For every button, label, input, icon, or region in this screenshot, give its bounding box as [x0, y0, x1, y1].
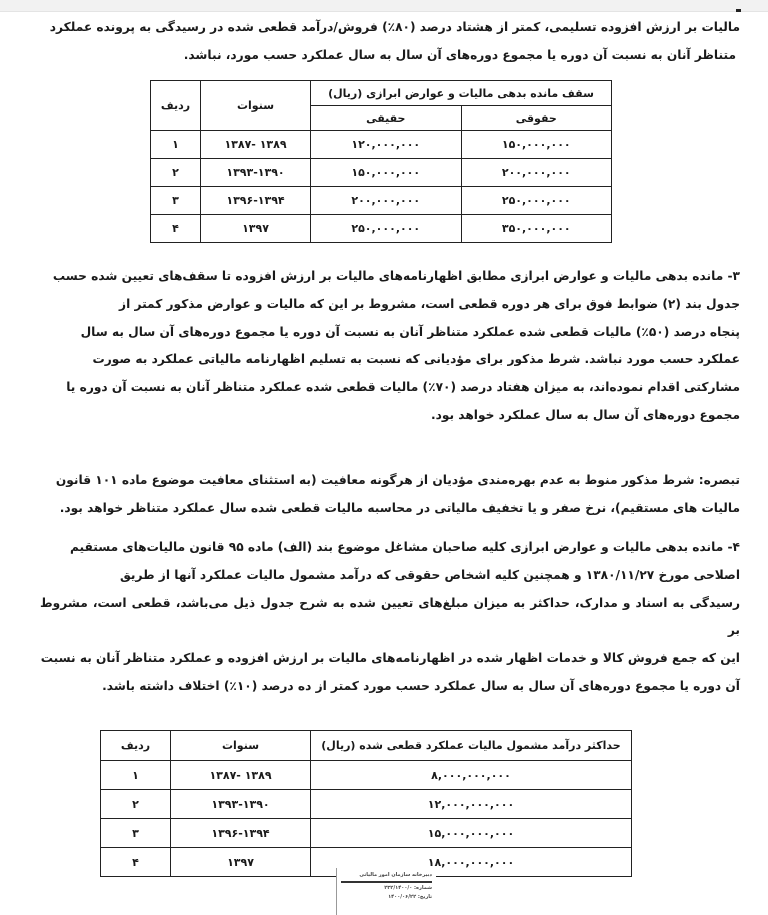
- cell-years: ۱۳۸۹ -۱۳۸۷: [201, 131, 311, 159]
- cell-row-number: ۲: [101, 790, 171, 819]
- table-header-row: حداکثر درآمد مشمول مالیات عملکرد قطعی شد…: [101, 731, 632, 761]
- text-line: پنجاه درصد (۵۰٪) مالیات قطعی شده عملکرد …: [40, 319, 740, 347]
- stamp-line: تاریخ: ۱۴۰۰/۰۶/۲۲: [341, 893, 432, 902]
- table-row: ۱۲,۰۰۰,۰۰۰,۰۰۰ ۱۳۹۳-۱۳۹۰ ۲: [101, 790, 632, 819]
- text-line: رسیدگی به اسناد و مدارک، حداکثر به میزان…: [40, 590, 740, 646]
- stamp-rule: [341, 881, 432, 883]
- header-row-number: ردیف: [151, 81, 201, 131]
- cell-years: ۱۳۹۶-۱۳۹۴: [171, 819, 311, 848]
- cell-legal: ۲۵۰,۰۰۰,۰۰۰: [461, 187, 611, 215]
- cell-row-number: ۱: [151, 131, 201, 159]
- text-line: مشارکتی اقدام نموده‌اند، به میزان هفتاد …: [40, 374, 740, 402]
- header-amount: حداکثر درآمد مشمول مالیات عملکرد قطعی شد…: [311, 731, 632, 761]
- cell-real: ۲۵۰,۰۰۰,۰۰۰: [311, 215, 462, 243]
- text-line: این که جمع فروش کالا و خدمات اظهار شده د…: [40, 645, 740, 673]
- cell-amount: ۸,۰۰۰,۰۰۰,۰۰۰: [311, 761, 632, 790]
- cell-amount: ۱۵,۰۰۰,۰۰۰,۰۰۰: [311, 819, 632, 848]
- section-4-paragraph: ۴- مانده بدهی مالیات و عوارض ابرازی کلیه…: [40, 534, 740, 701]
- cell-row-number: ۱: [101, 761, 171, 790]
- cell-row-number: ۳: [101, 819, 171, 848]
- text-line: جدول بند (۲) ضوابط فوق برای هر دوره قطعی…: [40, 291, 740, 319]
- text-line: مجموع دوره‌های آن سال به سال عملکرد خواه…: [40, 402, 740, 430]
- section-3-paragraph: ۳- مانده بدهی مالیات و عوارض ابرازی مطاب…: [40, 263, 740, 430]
- note-paragraph: تبصره: شرط مذکور منوط به عدم بهره‌مندی م…: [40, 467, 740, 523]
- max-taxable-income-table: حداکثر درآمد مشمول مالیات عملکرد قطعی شد…: [100, 730, 632, 877]
- cell-legal: ۲۰۰,۰۰۰,۰۰۰: [461, 159, 611, 187]
- cell-real: ۱۲۰,۰۰۰,۰۰۰: [311, 131, 462, 159]
- text-line: ۴- مانده بدهی مالیات و عوارض ابرازی کلیه…: [40, 534, 740, 562]
- cell-row-number: ۲: [151, 159, 201, 187]
- header-legal-group: سقف مانده بدهی مالیات و عوارض ابرازی (ری…: [311, 81, 612, 106]
- stamp-line: شماره: ۲۳۲/۱۴۰۰/۰: [341, 884, 432, 893]
- cell-real: ۲۰۰,۰۰۰,۰۰۰: [311, 187, 462, 215]
- cell-amount: ۱۲,۰۰۰,۰۰۰,۰۰۰: [311, 790, 632, 819]
- debt-ceiling-table: سقف مانده بدهی مالیات و عوارض ابرازی (ری…: [150, 80, 612, 243]
- table-row: ۸,۰۰۰,۰۰۰,۰۰۰ ۱۳۸۹ -۱۳۸۷ ۱: [101, 761, 632, 790]
- text-line: مالیات بر ارزش افزوده تسلیمی، کمتر از هش…: [40, 14, 740, 42]
- text-line: مالیات های مستقیم)، نرخ صفر و یا تخفیف م…: [40, 495, 740, 523]
- text-line: متناظر آنان به نسبت آن دوره یا مجموع دور…: [40, 42, 740, 70]
- table-row: ۱۵۰,۰۰۰,۰۰۰ ۱۲۰,۰۰۰,۰۰۰ ۱۳۸۹ -۱۳۸۷ ۱: [151, 131, 612, 159]
- header-years: سنوات: [201, 81, 311, 131]
- header-years: سنوات: [171, 731, 311, 761]
- header-legal: حقوقی: [461, 106, 611, 131]
- cell-row-number: ۴: [101, 848, 171, 877]
- text-line: عملکرد حسب مورد نباشد. شرط مذکور برای مؤ…: [40, 346, 740, 374]
- table-row: ۲۵۰,۰۰۰,۰۰۰ ۲۰۰,۰۰۰,۰۰۰ ۱۳۹۶-۱۳۹۴ ۳: [151, 187, 612, 215]
- header-real: حقیقی: [311, 106, 462, 131]
- cell-years: ۱۳۹۷: [201, 215, 311, 243]
- header-row-number: ردیف: [101, 731, 171, 761]
- cell-row-number: ۳: [151, 187, 201, 215]
- text-line: اصلاحی مورخ ۱۳۸۰/۱۱/۲۷ و همچنین کلیه اشخ…: [40, 562, 740, 590]
- text-line: آن دوره یا مجموع دوره‌های آن سال به سال …: [40, 673, 740, 701]
- table-row: ۲۰۰,۰۰۰,۰۰۰ ۱۵۰,۰۰۰,۰۰۰ ۱۳۹۳-۱۳۹۰ ۲: [151, 159, 612, 187]
- cell-years: ۱۳۹۳-۱۳۹۰: [201, 159, 311, 187]
- registry-stamp: دبیرخانه سازمان امور مالیاتی شماره: ۲۳۲/…: [336, 868, 436, 915]
- cell-legal: ۳۵۰,۰۰۰,۰۰۰: [461, 215, 611, 243]
- cell-years: ۱۳۹۷: [171, 848, 311, 877]
- intro-paragraph: مالیات بر ارزش افزوده تسلیمی، کمتر از هش…: [40, 14, 740, 69]
- cell-years: ۱۳۹۳-۱۳۹۰: [171, 790, 311, 819]
- cell-legal: ۱۵۰,۰۰۰,۰۰۰: [461, 131, 611, 159]
- cell-real: ۱۵۰,۰۰۰,۰۰۰: [311, 159, 462, 187]
- top-strip: [0, 0, 768, 12]
- cell-years: ۱۳۹۶-۱۳۹۴: [201, 187, 311, 215]
- text-line: ۳- مانده بدهی مالیات و عوارض ابرازی مطاب…: [40, 263, 740, 291]
- table-row: ۱۵,۰۰۰,۰۰۰,۰۰۰ ۱۳۹۶-۱۳۹۴ ۳: [101, 819, 632, 848]
- stamp-line: دبیرخانه سازمان امور مالیاتی: [341, 871, 432, 880]
- table-row: ۳۵۰,۰۰۰,۰۰۰ ۲۵۰,۰۰۰,۰۰۰ ۱۳۹۷ ۴: [151, 215, 612, 243]
- table-header-row: سقف مانده بدهی مالیات و عوارض ابرازی (ری…: [151, 81, 612, 106]
- scan-mark: [736, 9, 741, 12]
- text-line: تبصره: شرط مذکور منوط به عدم بهره‌مندی م…: [40, 467, 740, 495]
- cell-row-number: ۴: [151, 215, 201, 243]
- cell-years: ۱۳۸۹ -۱۳۸۷: [171, 761, 311, 790]
